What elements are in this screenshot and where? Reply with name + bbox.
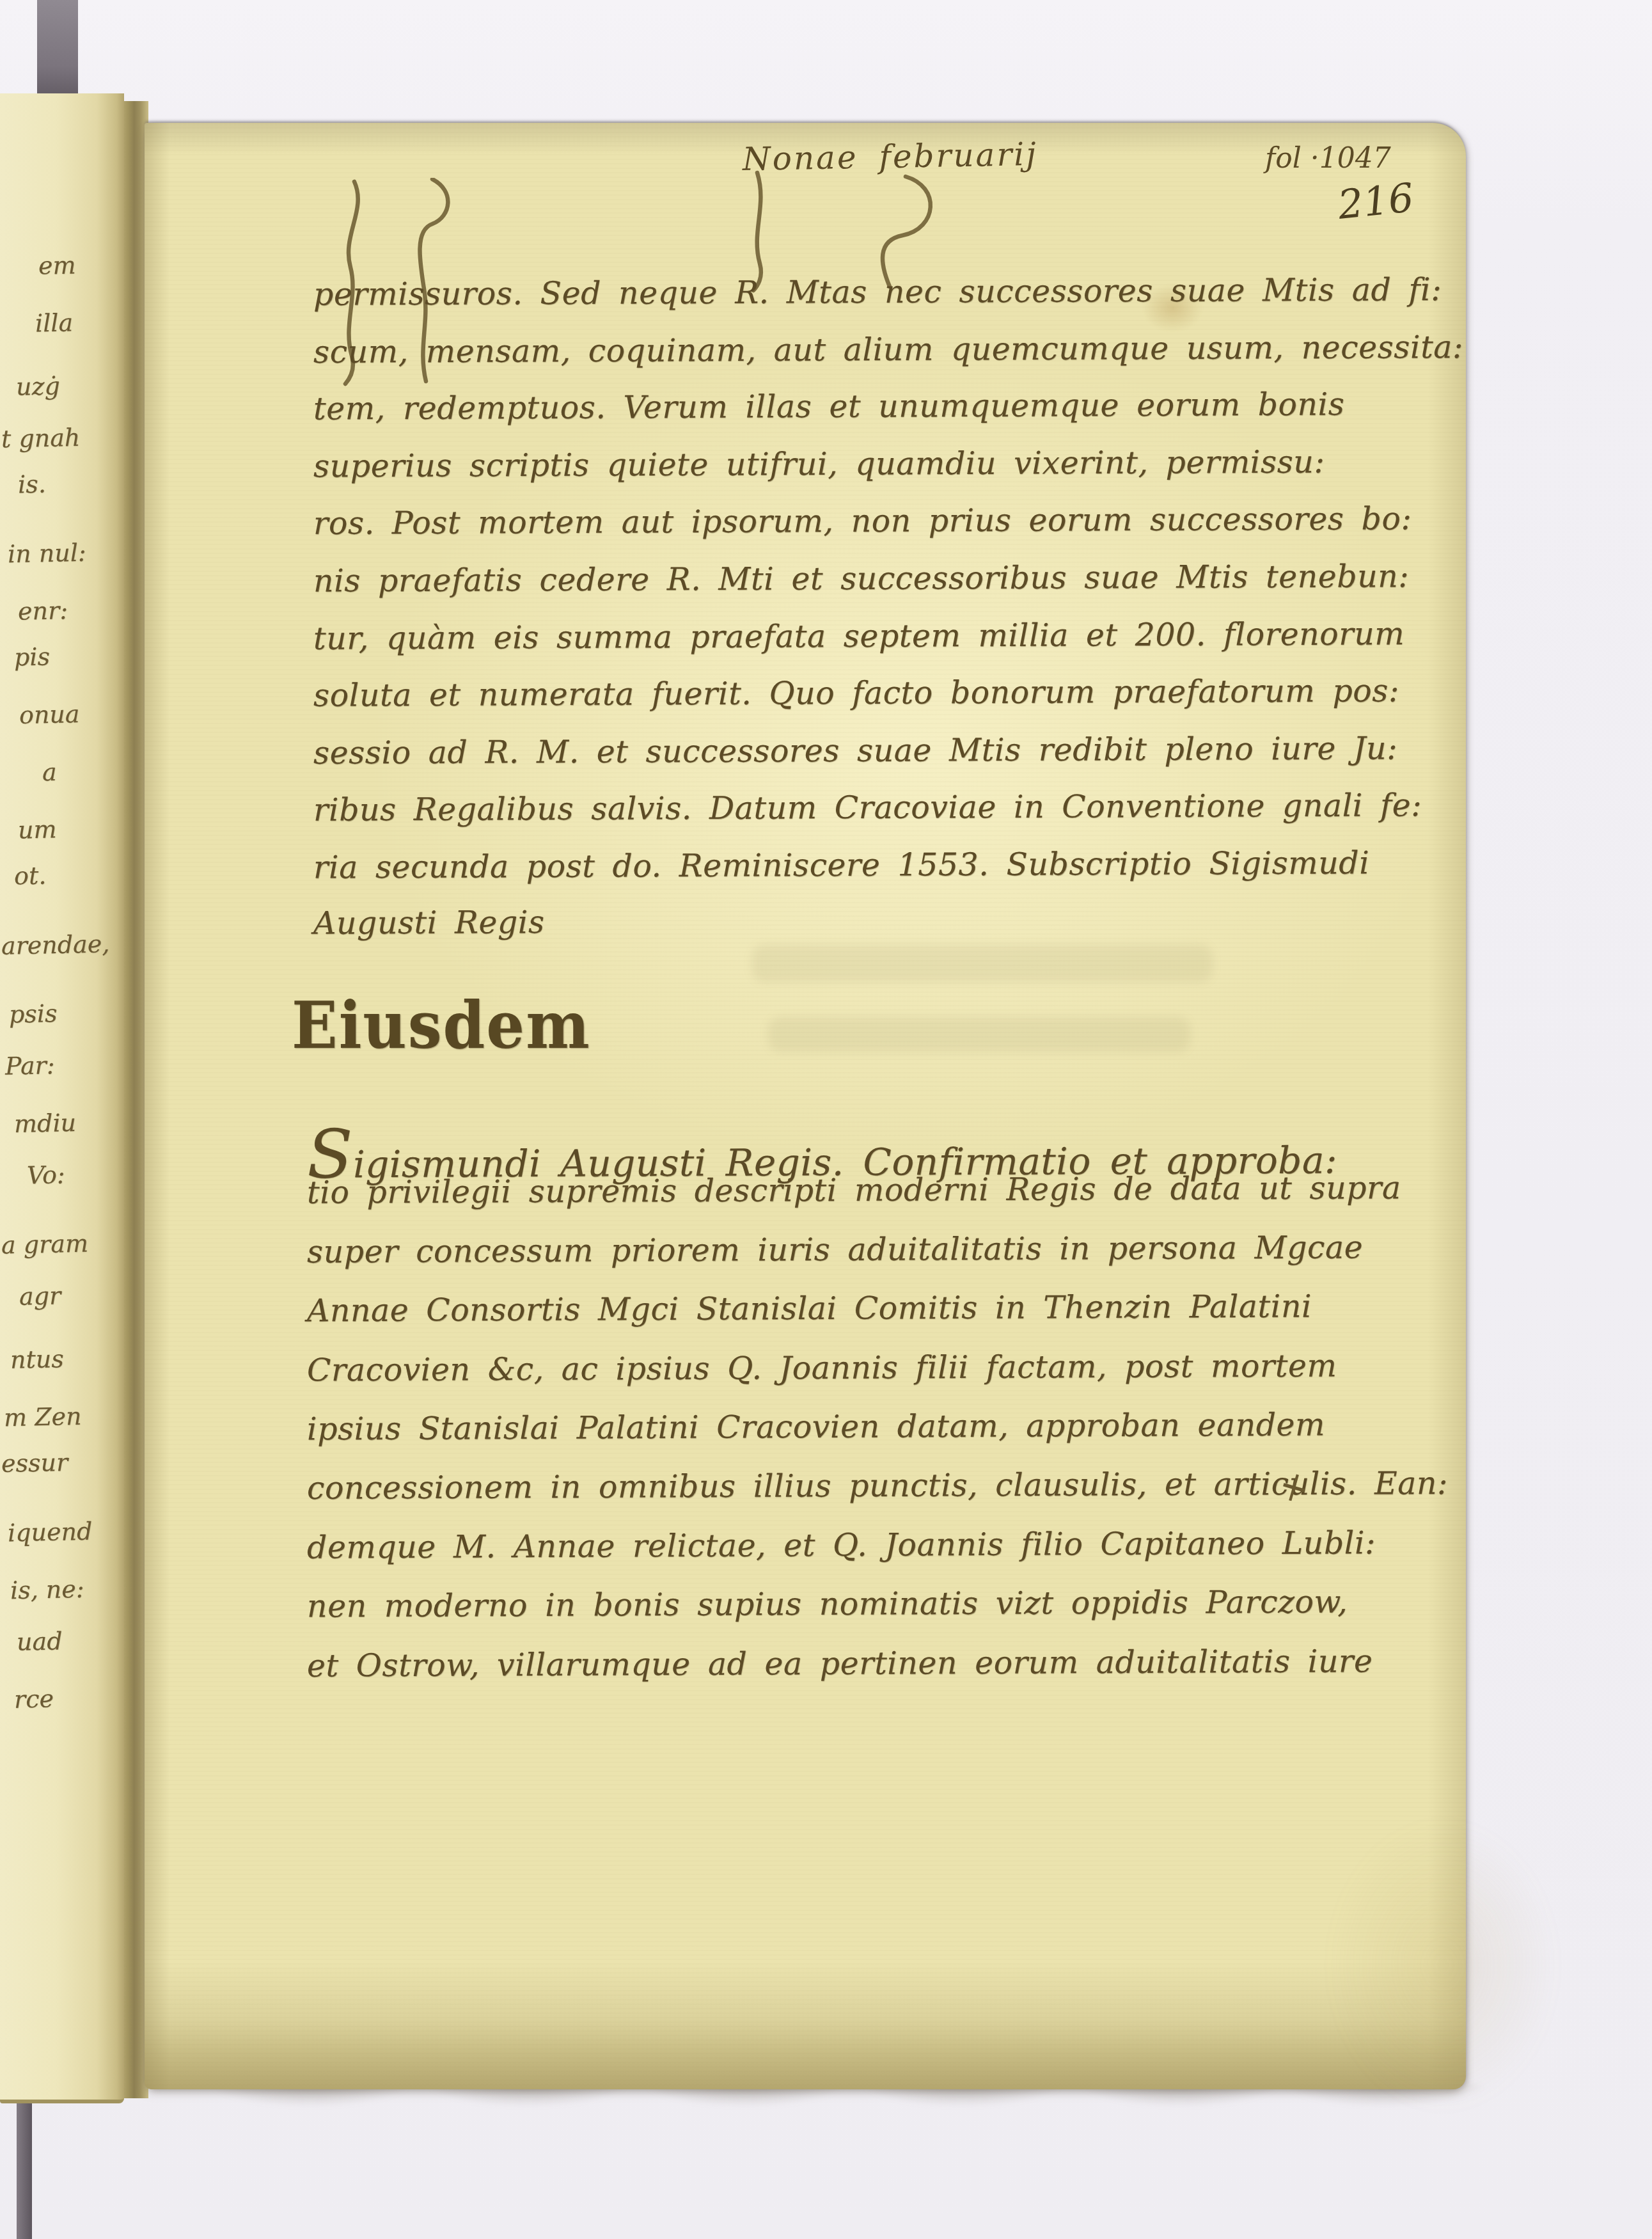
manuscript-scan: emillauzġt gnahis.in nul:enr:pisonuaaumo… [0,0,1652,2239]
section-heading: Eiusdem [292,988,591,1064]
margin-fragment: t gnah [1,423,81,454]
manuscript-line: ipsius Stanislai Palatini Cracovien data… [307,1407,1325,1448]
manuscript-page: Nonae februarij fol ·1047 216 permissuro… [145,123,1466,2089]
margin-fragment: m Zen [4,1402,82,1432]
margin-fragment: psis [9,999,58,1029]
manuscript-line: scum, mensam, coquinam, aut alium quemcu… [313,329,1463,370]
manuscript-line: ria secunda post do. Reminiscere 1553. S… [313,844,1370,885]
manuscript-line: ros. Post mortem aut ipsorum, non prius … [313,500,1412,541]
page-number: 216 [1336,174,1416,228]
facing-page-edge: emillauzġt gnahis.in nul:enr:pisonuaaumo… [0,93,124,2103]
margin-fragment: a [42,758,58,786]
margin-fragment: in nul: [8,539,87,569]
manuscript-line: superius scriptis quiete utifrui, quamdi… [313,444,1325,485]
folio-label: fol ·1047 [1265,142,1391,175]
margin-fragment: a gram [1,1230,89,1260]
margin-fragment: iquend [8,1517,93,1547]
margin-fragment: mdiu [14,1109,77,1138]
manuscript-line: tur, quàm eis summa praefata septem mill… [313,615,1404,656]
show-through-ghost [752,945,1213,982]
margin-fragment: em [38,251,76,280]
margin-fragment: rce [14,1684,54,1713]
margin-fragment: is. [18,470,47,499]
manuscript-line: tio privilegii supremis descripti modern… [307,1169,1401,1210]
margin-fragment: enr: [18,596,68,626]
margin-fragment: arendae, [1,930,110,960]
margin-fragment: illa [35,308,74,337]
margin-fragment: uad [17,1627,63,1656]
margin-fragment: essur [1,1448,68,1478]
manuscript-line: tem, redemptuos. Verum illas et unumquem… [313,386,1345,427]
manuscript-line: sessio ad R. M. et successores suae Mtis… [313,730,1397,771]
ink-stain [1328,1818,1558,2112]
running-title: Nonae februarij [743,136,1039,178]
manuscript-line: ribus Regalibus salvis. Datum Cracoviae … [313,787,1422,828]
margin-fragment: pis [14,642,51,671]
manuscript-line: et Ostrow, villarumque ad ea pertinen eo… [307,1643,1373,1684]
margin-fragment: Vo: [27,1160,66,1189]
margin-fragment: agr [19,1281,61,1310]
manuscript-line: soluta et numerata fuerit. Quo facto bon… [313,672,1399,713]
manuscript-line: nis praefatis cedere R. Mti et successor… [313,558,1409,599]
margin-fragment: is, ne: [10,1575,84,1604]
manuscript-line: Augusti Regis [313,904,545,942]
show-through-ghost [768,1017,1190,1052]
facing-page-fragments: emillauzġt gnahis.in nul:enr:pisonuaaumo… [0,93,124,2100]
margin-fragment: ot. [14,861,47,890]
manuscript-line: nen moderno in bonis supius nominatis vi… [307,1583,1348,1624]
manuscript-line: Annae Consortis Mgci Stanislai Comitis i… [307,1288,1312,1329]
margin-fragment: onua [19,700,80,729]
margin-fragment: um [18,815,57,844]
margin-fragment: uzġ [16,372,61,400]
margin-fragment: ntus [10,1345,65,1374]
manuscript-line: permissuros. Sed neque R. Mtas nec succe… [313,271,1442,313]
margin-fragment: Par: [5,1051,55,1080]
manuscript-line: demque M. Annae relictae, et Q. Joannis … [307,1524,1376,1565]
manuscript-line: Cracovien &c, ac ipsius Q. Joannis filii… [307,1347,1337,1388]
manuscript-line: super concessum priorem iuris aduitalita… [307,1229,1363,1270]
